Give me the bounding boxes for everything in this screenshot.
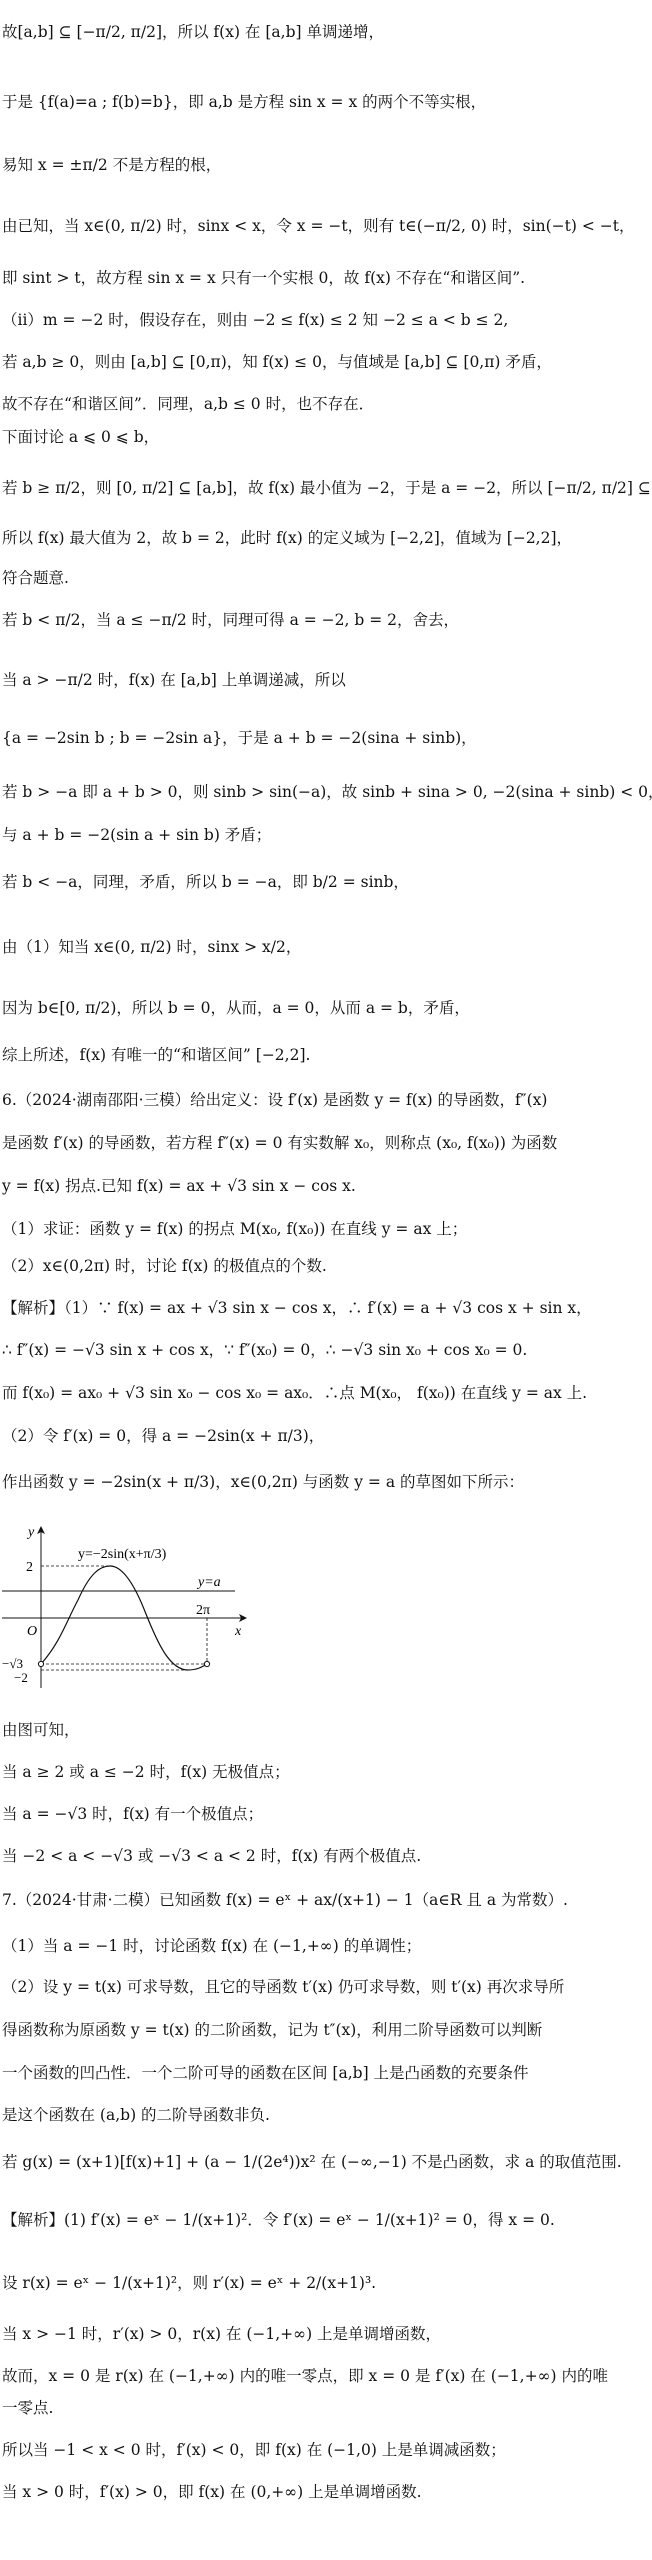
text-line: （2）令 f′(x) = 0，得 a = −2sin(x + π/3)， [2,1426,324,1446]
x-axis-label: x [234,1624,242,1639]
open-point-left [38,1661,43,1666]
y-axis-label: y [26,1525,35,1540]
text-line: 当 a ≥ 2 或 a ≤ −2 时，f(x) 无极值点； [2,1762,290,1782]
tick-neg-sqrt3: −√3 [2,1656,23,1671]
text-line: 当 x > 0 时，f′(x) > 0，即 f(x) 在 (0,+∞) 上是单调… [2,2482,422,2502]
text-line: 所以当 −1 < x < 0 时，f′(x) < 0，即 f(x) 在 (−1,… [2,2440,506,2460]
text-line: 若 b > −a 即 a + b > 0，则 sinb > sin(−a)，故 … [2,782,652,802]
text-line: 是这个函数在 (a,b) 的二阶导函数非负. [2,2105,270,2125]
text-line: （1）求证：函数 y = f(x) 的拐点 M(x₀, f(x₀)) 在直线 y… [2,1219,467,1239]
curve-label: y=−2sin(x+π/3) [78,1547,167,1562]
origin-label: O [27,1624,37,1639]
text-line: 设 r(x) = eˣ − 1/(x+1)²，则 r′(x) = eˣ + 2/… [2,2273,376,2293]
text-line: 综上所述，f(x) 有唯一的“和谐区间” [−2,2]. [2,1045,310,1065]
text-line: 作出函数 y = −2sin(x + π/3)，x∈(0,2π) 与函数 y =… [2,1472,524,1492]
text-line: ∴ f″(x) = −√3 sin x + cos x，∵ f″(x₀) = 0… [2,1340,527,1360]
sine-graph: y y=−2sin(x+π/3) 2 y=a 2π O x −√3 −2 [0,1518,260,1698]
text-line: 7.（2024·甘肃·二模）已知函数 f(x) = eˣ + ax/(x+1) … [2,1890,568,1910]
text-line: 【解析】（1）∵ f(x) = ax + √3 sin x − cos x，∴ … [2,1298,592,1318]
text-line: 由已知，当 x∈(0, π/2) 时，sinx < x，令 x = −t，则有 … [2,216,634,236]
text-line: 与 a + b = −2(sin a + sin b) 矛盾； [2,825,271,845]
text-line: 一零点. [2,2398,53,2418]
text-line: 若 b < π/2，当 a ≤ −π/2 时，同理可得 a = −2, b = … [2,610,459,630]
text-line: 若 g(x) = (x+1)[f(x)+1] + (a − 1/(2e⁴))x²… [2,2152,622,2172]
text-line: 6.（2024·湖南邵阳·三模）给出定义：设 f′(x) 是函数 y = f(x… [2,1090,547,1110]
tick-2pi: 2π [196,1603,210,1618]
text-line: 下面讨论 a ⩽ 0 ⩽ b， [2,427,159,447]
open-point-right [204,1661,209,1666]
tick-neg2: −2 [14,1670,28,1685]
text-line: （1）当 a = −1 时，讨论函数 f(x) 在 (−1,+∞) 的单调性； [2,1936,421,1956]
text-line: 故不存在“和谐区间”．同理，a,b ≤ 0 时，也不存在． [2,394,374,414]
text-line: 而 f(x₀) = ax₀ + √3 sin x₀ − cos x₀ = ax₀… [2,1383,587,1403]
text-line: 是函数 f′(x) 的导函数，若方程 f″(x) = 0 有实数解 x₀，则称点… [2,1133,557,1153]
line-label: y=a [196,1575,221,1590]
text-line: 当 −2 < a < −√3 或 −√3 < a < 2 时，f(x) 有两个极… [2,1846,421,1866]
text-line: 得函数称为原函数 y = t(x) 的二阶函数，记为 t″(x)，利用二阶导函数… [2,2020,542,2040]
text-line: y = f(x) 拐点.已知 f(x) = ax + √3 sin x − co… [2,1176,356,1196]
text-line: 故而，x = 0 是 r(x) 在 (−1,+∞) 内的唯一零点，即 x = 0… [2,2366,608,2386]
text-line: 即 sint > t，故方程 sin x = x 只有一个实根 0，故 f(x)… [2,268,525,288]
text-line: 因为 b∈[0, π/2)，所以 b = 0，从而，a = 0，从而 a = b… [2,998,470,1018]
tick-2: 2 [26,1560,33,1575]
text-line: 一个函数的凹凸性．一个二阶可导的函数在区间 [a,b] 上是凸函数的充要条件 [2,2063,529,2083]
text-line: （2）x∈(0,2π) 时，讨论 f(x) 的极值点的个数. [2,1256,327,1276]
text-line: 符合题意. [2,568,69,588]
text-line: 当 a = −√3 时，f(x) 有一个极值点； [2,1804,263,1824]
text-line: 由（1）知当 x∈(0, π/2) 时，sinx > x/2， [2,937,301,957]
text-line: 【解析】(1) f′(x) = eˣ − 1/(x+1)²．令 f′(x) = … [2,2210,555,2230]
text-line: 若 a,b ≥ 0，则由 [a,b] ⊆ [0,π)，知 f(x) ≤ 0，与值… [2,352,552,372]
text-line: 当 x > −1 时，r′(x) > 0，r(x) 在 (−1,+∞) 上是单调… [2,2324,441,2344]
text-line: 所以 f(x) 最大值为 2，故 b = 2，此时 f(x) 的定义域为 [−2… [2,528,572,548]
text-line: 当 a > −π/2 时，f(x) 在 [a,b] 上单调递减，所以 [2,670,346,690]
text-line: 若 b ≥ π/2，则 [0, π/2] ⊆ [a,b]，故 f(x) 最小值为… [2,478,652,498]
text-line: 由图可知， [2,1720,80,1740]
text-line: {a = −2sin b ; b = −2sin a}，于是 a + b = −… [2,728,477,748]
text-line: 于是 {f(a)=a ; f(b)=b}，即 a,b 是方程 sin x = x… [2,92,486,112]
text-line: 故[a,b] ⊆ [−π/2, π/2]，所以 f(x) 在 [a,b] 单调递… [2,22,384,42]
text-line: （2）设 y = t(x) 可求导数，且它的导函数 t′(x) 仍可求导数，则 … [2,1977,564,1997]
text-line: （ii）m = −2 时，假设存在，则由 −2 ≤ f(x) ≤ 2 知 −2 … [2,310,508,330]
text-line: 易知 x = ±π/2 不是方程的根， [2,155,221,175]
text-line: 若 b < −a，同理，矛盾，所以 b = −a，即 b/2 = sinb， [2,872,409,892]
